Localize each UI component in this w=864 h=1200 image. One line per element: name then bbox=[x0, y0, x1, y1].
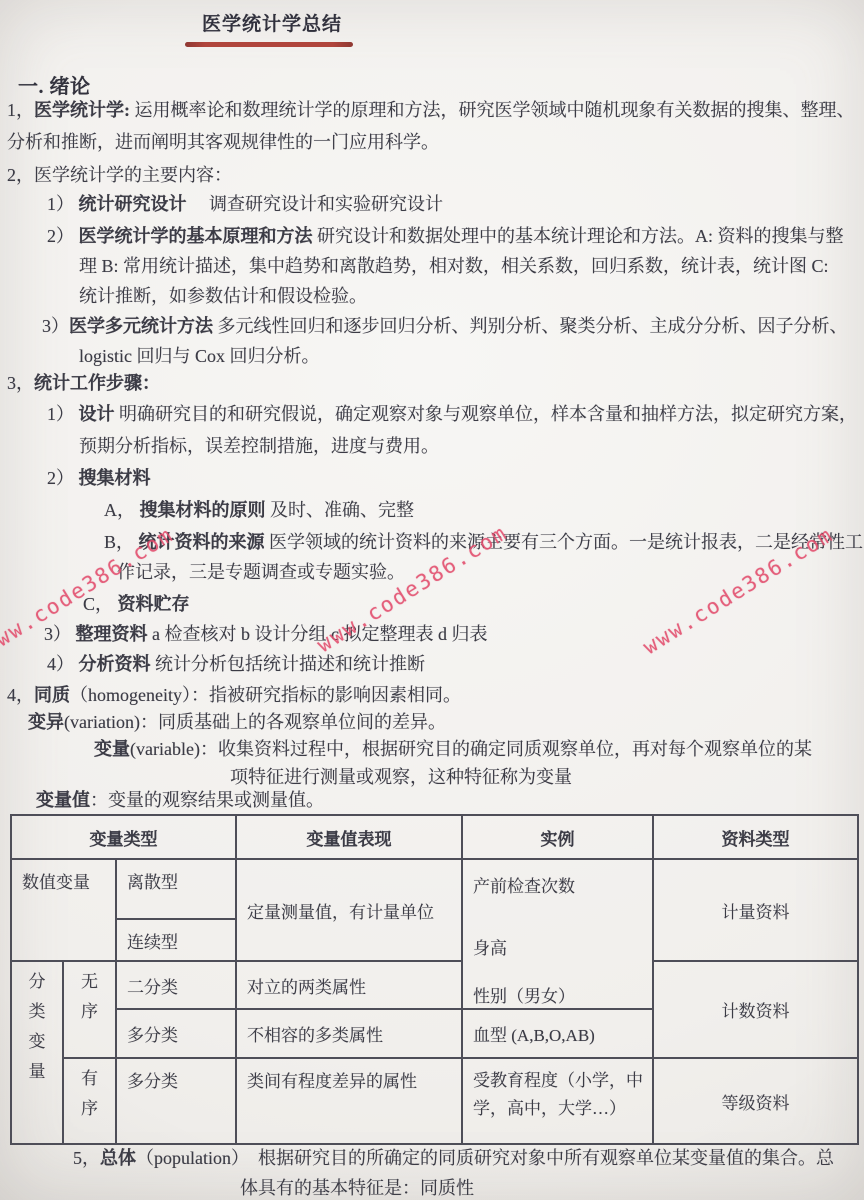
example-prenatal-checks: 产前检查次数 bbox=[473, 872, 648, 897]
body-line-2: 分析和推断，进而阐明其客观规律性的一门应用科学。 bbox=[7, 132, 439, 153]
body-line-5: 2） 医学统计学的基本原理和方法 研究设计和数据处理中的基本统计理论和方法。A:… bbox=[47, 226, 844, 247]
body-line-7: 统计推断，如参数估计和假设检验。 bbox=[79, 286, 367, 307]
footer-line-1: 5，总体（population） 根据研究目的所确定的同质研究对象中所有观察单位… bbox=[73, 1148, 834, 1169]
section-heading: 一. 绪论 bbox=[18, 70, 91, 99]
cell-ordinal-desc: 类间有程度差异的属性 bbox=[236, 1058, 462, 1144]
cell-measurement-data: 计量资料 bbox=[653, 859, 858, 961]
header-variable-type: 变量类型 bbox=[11, 815, 236, 859]
body-line-11: 1） 设计 明确研究目的和研究假说，确定观察对象与观察单位，样本含量和抽样方法，… bbox=[47, 404, 857, 425]
body-line-4: 1） 统计研究设计 调查研究设计和实验研究设计 bbox=[47, 194, 443, 215]
cell-quantitative-desc: 定量测量值，有计量单位 bbox=[236, 859, 462, 961]
cell-unordered: 无 序 bbox=[63, 961, 116, 1058]
scanned-document-page: 医学统计学总结 一. 绪论 1，医学统计学: 运用概率论和数理统计学的原理和方法… bbox=[0, 0, 864, 1200]
body-line-14: A， 搜集材料的原则 及时、准确、完整 bbox=[104, 500, 414, 521]
cell-ordered: 有 序 bbox=[63, 1058, 116, 1144]
cell-count-data: 计数资料 bbox=[653, 961, 858, 1058]
body-line-24: 变量值：变量的观察结果或测量值。 bbox=[36, 790, 324, 811]
header-data-type: 资料类型 bbox=[653, 815, 858, 859]
body-line-9: logistic 回归与 Cox 回归分析。 bbox=[79, 346, 320, 367]
table-row-discrete: 数值变量 离散型 定量测量值，有计量单位 产前检查次数 身高 性别（男女） 计量… bbox=[11, 859, 858, 919]
cell-rank-data: 等级资料 bbox=[653, 1058, 858, 1144]
cell-binary-desc: 对立的两类属性 bbox=[236, 961, 462, 1009]
body-line-23: 项特征进行测量或观察，这种特征称为变量 bbox=[230, 767, 572, 788]
header-value-expression: 变量值表现 bbox=[236, 815, 462, 859]
cell-continuous: 连续型 bbox=[116, 919, 236, 961]
title-underline-rule bbox=[185, 42, 353, 47]
header-example: 实例 bbox=[462, 815, 653, 859]
body-line-10: 3，统计工作步骤： bbox=[7, 373, 160, 394]
cell-categorical-variable: 分 类 变 量 bbox=[11, 961, 63, 1144]
cell-binary: 二分类 bbox=[116, 961, 236, 1009]
page-title: 医学统计学总结 bbox=[172, 9, 372, 36]
example-gender: 性别（男女） bbox=[473, 982, 648, 1007]
body-line-18: 3） 整理资料 a 检查核对 b 设计分组 c 拟定整理表 d 归表 bbox=[44, 624, 487, 645]
body-line-21: 变异(variation)：同质基础上的各观察单位间的差异。 bbox=[28, 712, 446, 733]
body-line-12: 预期分析指标，误差控制措施，进度与费用。 bbox=[79, 436, 439, 457]
cell-blood-type-example: 血型 (A,B,O,AB) bbox=[462, 1009, 653, 1058]
footer-line-2: 体具有的基本特征是：同质性 bbox=[240, 1178, 474, 1199]
cell-numeric-variable: 数值变量 bbox=[11, 859, 116, 961]
cell-multi-unordered: 多分类 bbox=[116, 1009, 236, 1058]
cell-discrete: 离散型 bbox=[116, 859, 236, 919]
table-row-binary: 分 类 变 量 无 序 二分类 对立的两类属性 计数资料 bbox=[11, 961, 858, 1009]
body-line-6: 理 B: 常用统计描述，集中趋势和离散趋势，相对数，相关系数，回归系数，统计表，… bbox=[79, 256, 829, 277]
cell-multi-ordered: 多分类 bbox=[116, 1058, 236, 1144]
body-line-8: 3）医学多元统计方法 多元线性回归和逐步回归分析、判别分析、聚类分析、主成分分析… bbox=[42, 316, 848, 337]
body-line-16: 作记录，三是专题调查或专题实验。 bbox=[117, 562, 405, 583]
body-line-17: C， 资料贮存 bbox=[83, 594, 190, 615]
body-line-13: 2） 搜集材料 bbox=[47, 468, 151, 489]
cell-education-example: 受教育程度（小学，中 学，高中，大学…） bbox=[462, 1058, 653, 1144]
table-header-row: 变量类型 变量值表现 实例 资料类型 bbox=[11, 815, 858, 859]
variable-types-table: 变量类型 变量值表现 实例 资料类型 数值变量 离散型 定量测量值，有计量单位 … bbox=[10, 814, 859, 1145]
body-line-3: 2，医学统计学的主要内容： bbox=[7, 165, 232, 186]
body-line-20: 4，同质（homogeneity）：指被研究指标的影响因素相同。 bbox=[7, 685, 461, 706]
table-row-multi-ordered: 有 序 多分类 类间有程度差异的属性 受教育程度（小学，中 学，高中，大学…） … bbox=[11, 1058, 858, 1144]
body-line-19: 4） 分析资料 统计分析包括统计描述和统计推断 bbox=[47, 654, 425, 675]
cell-numeric-examples: 产前检查次数 身高 性别（男女） bbox=[462, 859, 653, 1009]
body-line-22: 变量(variable)：收集资料过程中，根据研究目的确定同质观察单位，再对每个… bbox=[94, 739, 812, 760]
document-content: 医学统计学总结 一. 绪论 1，医学统计学: 运用概率论和数理统计学的原理和方法… bbox=[0, 0, 864, 1200]
cell-multi-unordered-desc: 不相容的多类属性 bbox=[236, 1009, 462, 1058]
example-height: 身高 bbox=[473, 934, 648, 959]
body-line-1: 1，医学统计学: 运用概率论和数理统计学的原理和方法，研究医学领域中随机现象有关… bbox=[7, 100, 855, 121]
